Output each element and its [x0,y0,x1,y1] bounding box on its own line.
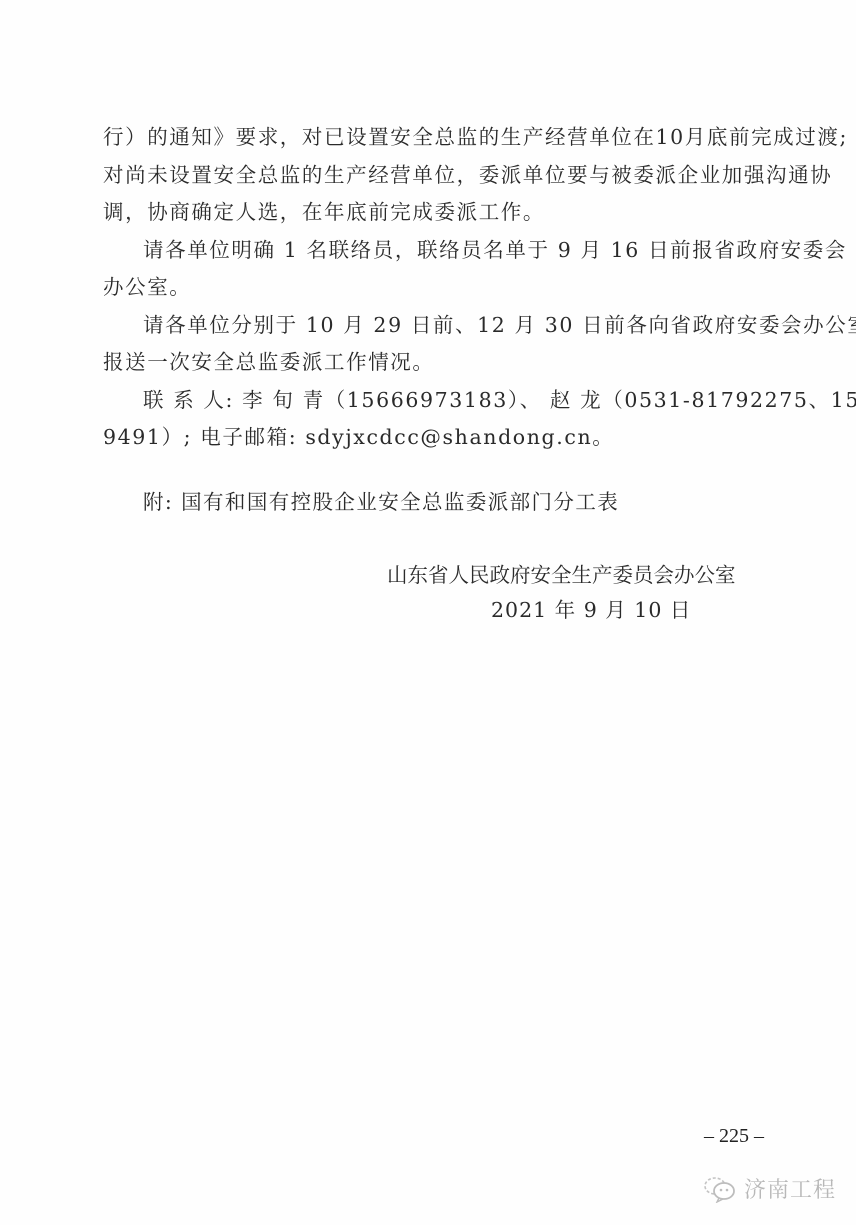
contact-line-1: 联 系 人: 李 旬 青（15666973183）、 赵 龙（0531-8179… [143,387,769,413]
attachment-note: 附: 国有和国有控股企业安全总监委派部门分工表 [143,489,809,515]
paragraph-2-line-1: 请各单位明确 1 名联络员，联络员名单于 9 月 16 日前报省政府安委会 [143,237,769,263]
wechat-icon [702,1175,738,1203]
watermark: 济南工程 [702,1173,836,1204]
paragraph-3-line-1: 请各单位分别于 10 月 29 日前、12 月 30 日前各向省政府安委会办公室 [143,312,769,338]
signature-date: 2021 年 9 月 10 日 [491,597,641,623]
paragraph-1-line-3: 调，协商确定人选，在年底前完成委派工作。 [103,199,769,225]
contact-line-2: 9491）; 电子邮箱: sdyjxcdcc@shandong.cn。 [103,424,769,450]
paragraph-1-line-2: 对尚未设置安全总监的生产经营单位，委派单位要与被委派企业加强沟通协 [103,162,769,188]
paragraph-3-line-2: 报送一次安全总监委派工作情况。 [103,349,769,375]
document-page: 行）的通知》要求，对已设置安全总监的生产经营单位在10月底前完成过渡; 对尚未设… [0,0,856,1225]
watermark-text: 济南工程 [744,1173,836,1204]
paragraph-2-line-2: 办公室。 [103,274,769,300]
paragraph-1-line-1: 行）的通知》要求，对已设置安全总监的生产经营单位在10月底前完成过渡; [103,124,769,150]
signature-organization: 山东省人民政府安全生产委员会办公室 [387,562,729,588]
page-number: – 225 – [704,1124,764,1148]
